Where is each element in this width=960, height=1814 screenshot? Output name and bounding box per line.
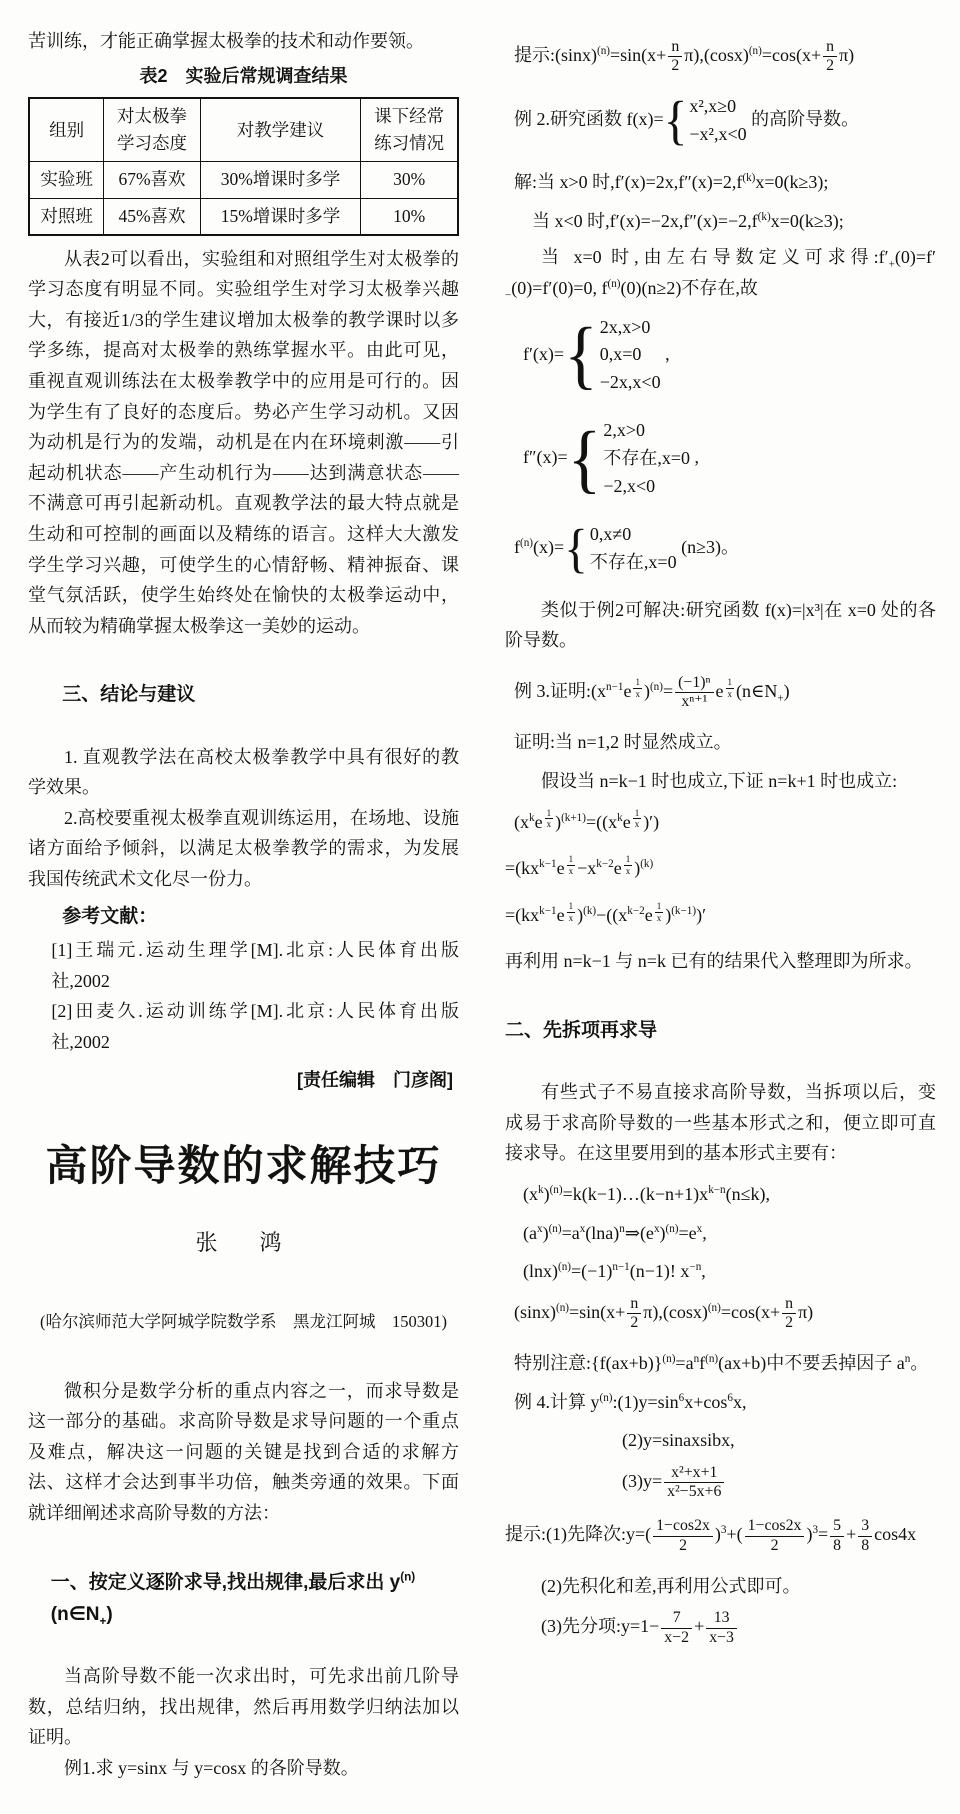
table-caption: 表2 实验后常规调查结果 (28, 61, 459, 92)
example4-part2: (2)y=sinaxsibx, (505, 1425, 936, 1456)
equation-1: (xke1x)(k+1)=((xke1x)′) (505, 807, 936, 838)
solution-line-1: 解:当 x>0 时,f′(x)=2x,f″(x)=2,f(k)x=0(k≥3); (505, 167, 936, 198)
similar-note: 类似于例2可解决:研究函数 f(x)=|x³|在 x=0 处的各阶导数。 (505, 595, 936, 656)
article-affiliation: (哈尔滨师范大学阿城学院数学系 黑龙江阿城 150301) (28, 1308, 459, 1336)
section-heading-conclusions: 三、结论与建议 (28, 679, 459, 711)
right-column: 提示:(sinx)(n)=sin(x+n2π),(cosx)(n)=cos(x+… (505, 26, 936, 1784)
example4-part1: 例 4.计算 y(n):(1)y=sin6x+cos6x, (505, 1387, 936, 1418)
proof-line-2: 假设当 n=k−1 时也成立,下证 n=k+1 时也成立: (505, 766, 936, 797)
method-paragraph: 当高阶导数不能一次求出时，可先求出前几阶导数，总结归纳，找出规律，然后再用数学归… (28, 1661, 459, 1753)
conclusion-1: 1. 直观教学法在高校太极拳教学中具有很好的教学效果。 (28, 742, 459, 803)
fn-piecewise: f(n)(x)={0,x≠0不存在,x=0 (n≥3)。 (505, 519, 936, 579)
hint-formula-sin-cos: 提示:(sinx)(n)=sin(x+n2π),(cosx)(n)=cos(x+… (505, 38, 936, 75)
article-intro: 微积分是数学分析的重点内容之一，而求导数是这一部分的基础。求高阶导数是求导问题的… (28, 1376, 459, 1529)
example2-line: 例 2.研究函数 f(x)={x²,x≥0−x²,x<0 的高阶导数。 (505, 91, 936, 151)
reference-item: [1]王瑞元.运动生理学[M].北京:人民体育出版社,2002 (28, 935, 459, 996)
special-note: 特别注意:{f(ax+b)}(n)=anf(n)(ax+b)中不要丢掉因子 an… (505, 1348, 936, 1379)
basic-form-3: (lnx)(n)=(−1)n−1(n−1)! x−n, (505, 1256, 936, 1287)
header-practice: 课下经常练习情况 (361, 98, 458, 162)
table-row: 对照班 45%喜欢 15%增课时多学 10% (29, 198, 458, 235)
references-heading: 参考文献： (28, 901, 459, 933)
conclusion-2: 2.高校要重视太极拳直观训练运用，在场地、设施诸方面给予倾斜，以满足太极拳教学的… (28, 803, 459, 895)
proof-line-3: 再利用 n=k−1 与 n=k 已有的结果代入整理即为所求。 (505, 946, 936, 977)
section-heading-method2: 二、先拆项再求导 (505, 1015, 936, 1047)
intro-line: 苦训练，才能正确掌握太极拳的技术和动作要领。 (28, 26, 459, 57)
article-author: 张 鸿 (28, 1224, 459, 1261)
hint4-part3: (3)先分项:y=1−7x−2+13x−3 (505, 1609, 936, 1646)
example3-line: 例 3.证明:(xn−1e1x)(n)=(−1)ⁿxⁿ⁺¹e1x(n∈N+) (505, 674, 936, 711)
left-column: 苦训练，才能正确掌握太极拳的技术和动作要领。 表2 实验后常规调查结果 组别 对… (28, 26, 459, 1784)
basic-form-1: (xk)(n)=k(k−1)…(k−n+1)xk−n(n≤k), (505, 1179, 936, 1210)
proof-line-1: 证明:当 n=1,2 时显然成立。 (505, 727, 936, 758)
fprime-piecewise: f′(x)={2x,x>00,x=0−2x,x<0 , (505, 312, 936, 400)
example4-part3: (3)y=x²+x+1x²−5x+6 (505, 1464, 936, 1501)
basic-form-4: (sinx)(n)=sin(x+n2π),(cosx)(n)=cos(x+n2π… (505, 1295, 936, 1332)
section-heading-method1: 一、按定义逐阶求导,找出规律,最后求出 y(n)(n∈N+) (28, 1567, 459, 1632)
hint4-part1: 提示:(1)先降次:y=(1−cos2x2)3+(1−cos2x2)3=58+3… (505, 1517, 936, 1554)
equation-3: =(kxk−1e1x)(k)−((xk−2e1x)(k−1))′ (505, 900, 936, 931)
basic-form-2: (ax)(n)=ax(lna)n⇒(ex)(n)=ex, (505, 1218, 936, 1249)
table-row: 实验班 67%喜欢 30%增课时多学 30% (29, 162, 458, 198)
method2-paragraph: 有些式子不易直接求高阶导数，当拆项以后，变成易于求高阶导数的一些基本形式之和，便… (505, 1077, 936, 1169)
survey-table: 组别 对太极拳学习态度 对教学建议 课下经常练习情况 实验班 67%喜欢 30%… (28, 97, 459, 236)
editor-note: [责任编辑 门彦阁] (28, 1065, 453, 1096)
equation-2: =(kxk−1e1x−xk−2e1x)(k) (505, 853, 936, 884)
header-group: 组别 (29, 98, 104, 162)
fdoubleprime-piecewise: f″(x)={2,x>0不存在,x=0−2,x<0 , (505, 415, 936, 503)
example1-line: 例1.求 y=sinx 与 y=cosx 的各阶导数。 (28, 1753, 459, 1784)
table-header-row: 组别 对太极拳学习态度 对教学建议 课下经常练习情况 (29, 98, 458, 162)
article-title: 高阶导数的求解技巧 (28, 1142, 459, 1190)
header-attitude: 对太极拳学习态度 (104, 98, 201, 162)
journal-page: 苦训练，才能正确掌握太极拳的技术和动作要领。 表2 实验后常规调查结果 组别 对… (0, 0, 960, 1814)
solution-line-3: 当 x=0 时,由左右导数定义可求得:f′+(0)=f′−(0)=f′(0)=0… (505, 242, 936, 303)
solution-line-2: 当 x<0 时,f′(x)=−2x,f″(x)=−2,f(k)x=0(k≥3); (505, 206, 936, 237)
header-suggestion: 对教学建议 (200, 98, 360, 162)
hint4-part2: (2)先积化和差,再利用公式即可。 (505, 1571, 936, 1602)
reference-item: [2]田麦久.运动训练学[M].北京:人民体育出版社,2002 (28, 996, 459, 1057)
analysis-paragraph: 从表2可以看出，实验组和对照组学生对太极拳的学习态度有明显不同。实验组学生对学习… (28, 244, 459, 642)
